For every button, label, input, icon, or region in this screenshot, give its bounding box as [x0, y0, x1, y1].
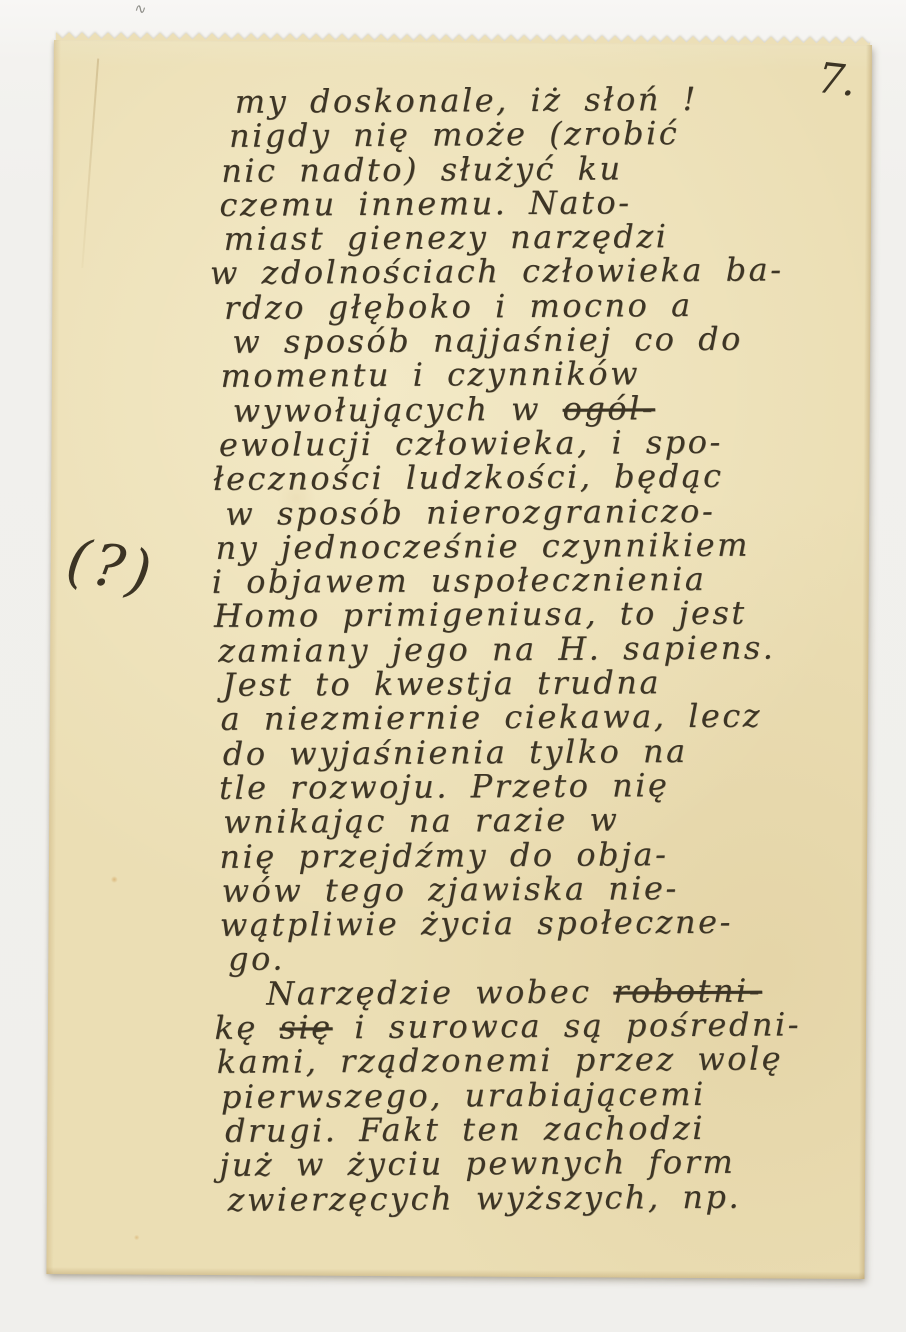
- line-text: wątpliwie życia społeczne-: [220, 903, 733, 944]
- manuscript-line: i objawem uspołecznienia: [212, 561, 862, 599]
- manuscript-line: nigdy nię może (zrobić: [229, 115, 859, 153]
- struck-text: robotni-: [613, 971, 762, 1010]
- manuscript-line: nic nadto) służyć ku: [221, 150, 859, 188]
- manuscript-line: rdzo głęboko i mocno a: [224, 287, 860, 325]
- scanned-document: ∿ 7. (?) my doskonale, iż słoń !nigdy ni…: [0, 0, 906, 1332]
- manuscript-line: wów tego zjawiska nie-: [222, 870, 864, 908]
- manuscript-line: ewolucji człowieka, i spo-: [219, 424, 861, 462]
- line-text: go.: [228, 940, 285, 978]
- line-text: kę: [214, 1009, 279, 1047]
- manuscript-line: zwierzęcych wyższych, np.: [227, 1178, 865, 1216]
- manuscript-line: nię przejdźmy do obja-: [219, 835, 863, 873]
- paper-crease: [81, 58, 99, 268]
- manuscript-line: tle rozwoju. Przeto nię: [219, 767, 863, 805]
- manuscript-line: momentu i czynników: [220, 355, 860, 393]
- margin-question-mark: (?): [62, 526, 160, 607]
- manuscript-line: już w życiu pewnych form: [219, 1144, 865, 1182]
- manuscript-line: my doskonale, iż słoń !: [235, 81, 859, 119]
- manuscript-line: go.: [228, 938, 864, 976]
- struck-text: ogól-: [562, 389, 655, 428]
- line-text: zwierzęcych wyższych, np.: [227, 1177, 741, 1218]
- perforated-edge: [56, 32, 870, 45]
- manuscript-line: łeczności ludzkości, będąc: [213, 458, 861, 496]
- manuscript-line: kami, rządzonemi przez wolę: [217, 1041, 865, 1079]
- manuscript-line: wywołujących w ogól-: [233, 390, 861, 428]
- manuscript-text: my doskonale, iż słoń !nigdy nię może (z…: [209, 81, 866, 1217]
- manuscript-page: 7. (?) my doskonale, iż słoń !nigdy nię …: [46, 40, 872, 1279]
- manuscript-line: w sposób najjaśniej co do: [232, 321, 860, 359]
- manuscript-line: wątpliwie życia społeczne-: [220, 904, 864, 942]
- manuscript-line: czemu innemu. Nato-: [219, 184, 859, 222]
- manuscript-line: drugi. Fakt ten zachodzi: [225, 1110, 865, 1148]
- manuscript-line: do wyjaśnienia tylko na: [223, 733, 863, 771]
- manuscript-line: ny jednocześnie czynnikiem: [215, 527, 861, 565]
- manuscript-line: w zdolnościach człowieka ba-: [210, 252, 860, 290]
- manuscript-line: w sposób nierozgraniczo-: [225, 493, 861, 531]
- manuscript-line: a niezmiernie ciekawa, lecz: [220, 698, 862, 736]
- pencil-mark: ∿: [131, 0, 147, 19]
- manuscript-line: pierwszego, urabiającemi: [221, 1076, 865, 1114]
- struck-text: się: [279, 1008, 332, 1046]
- manuscript-line: wnikając na razie w: [223, 801, 863, 839]
- manuscript-line: Jest to kwestja trudna: [222, 664, 862, 702]
- manuscript-line: zamiany jego na H. sapiens.: [218, 630, 862, 668]
